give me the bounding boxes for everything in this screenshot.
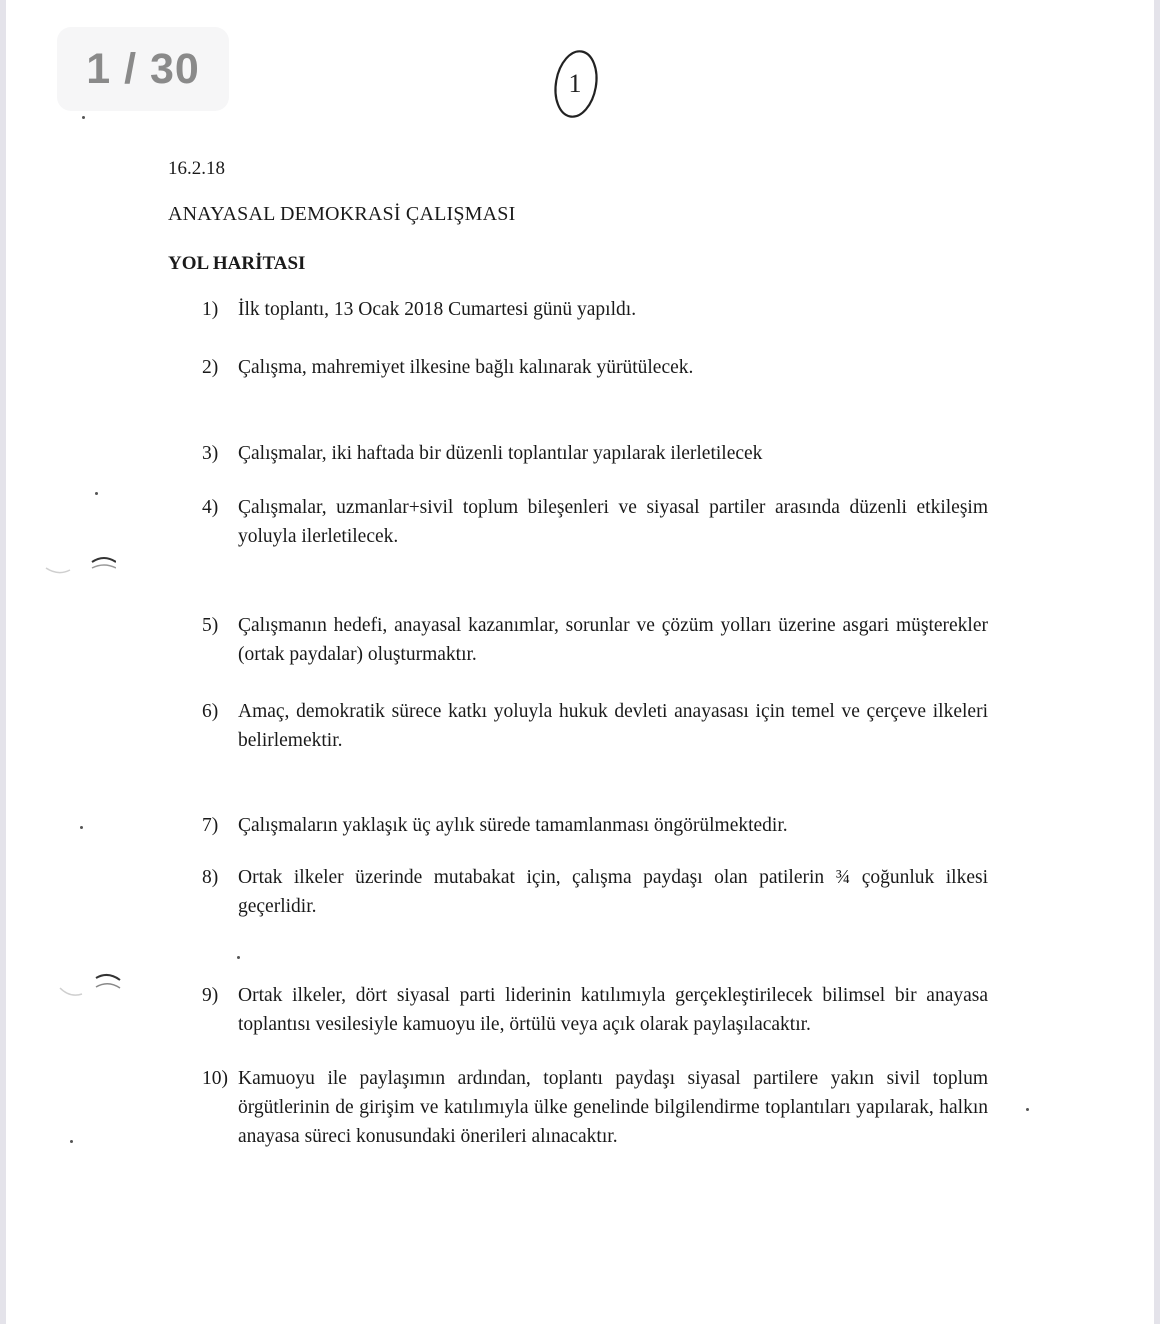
list-item: 9) Ortak ilkeler, dört siyasal parti lid…	[202, 981, 988, 1039]
list-item: 3) Çalışmalar, iki haftada bir düzenli t…	[202, 439, 988, 468]
document-date: 16.2.18	[168, 158, 225, 180]
list-item: 7) Çalışmaların yaklaşık üç aylık sürede…	[202, 811, 988, 840]
punch-hole-mark-icon	[46, 972, 126, 1002]
page-counter-badge: 1 / 30	[57, 27, 229, 111]
punch-hole-mark-icon	[36, 552, 116, 582]
left-page-edge	[0, 0, 6, 1324]
list-item: 5) Çalışmanın hedefi, anayasal kazanımla…	[202, 611, 988, 669]
right-page-edge	[1154, 0, 1160, 1324]
scan-speck	[82, 116, 85, 119]
scan-speck	[237, 956, 240, 959]
page-counter-text: 1 / 30	[86, 45, 200, 94]
document-subtitle: YOL HARİTASI	[168, 253, 305, 275]
list-item: 6) Amaç, demokratik sürece katkı yoluyla…	[202, 697, 988, 755]
svg-text:1: 1	[569, 69, 582, 98]
list-item: 4) Çalışmalar, uzmanlar+sivil toplum bil…	[202, 493, 988, 551]
scan-speck	[95, 492, 98, 495]
list-item: 2) Çalışma, mahremiyet ilkesine bağlı ka…	[202, 353, 988, 382]
scan-speck	[1026, 1108, 1029, 1111]
document-title: ANAYASAL DEMOKRASİ ÇALIŞMASI	[168, 203, 516, 226]
scan-speck	[70, 1140, 73, 1143]
list-item: 10) Kamuoyu ile paylaşımın ardından, top…	[202, 1064, 988, 1151]
scan-speck	[80, 826, 83, 829]
list-item: 1) İlk toplantı, 13 Ocak 2018 Cumartesi …	[202, 295, 988, 324]
handwritten-page-number-circle-icon: 1	[548, 46, 604, 122]
list-item: 8) Ortak ilkeler üzerinde mutabakat için…	[202, 863, 988, 921]
